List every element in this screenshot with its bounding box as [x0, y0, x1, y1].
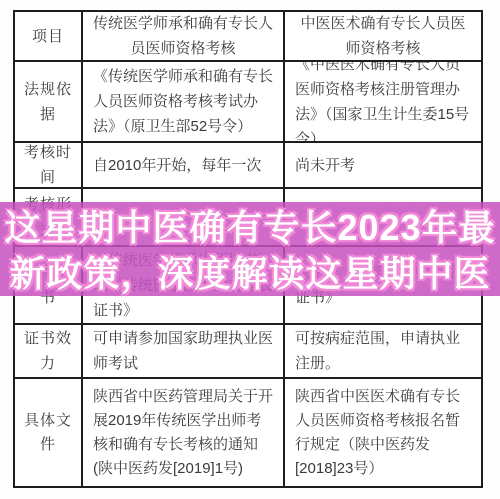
cell-exam-time-traditional: 自2010年开始，每年一次 — [83, 143, 285, 189]
cell-legal-basis-tcm: 《中医医术确有专长人员医师资格考核注册管理办法》（国家卫生计生委15号令） — [285, 62, 481, 143]
cell-text: 尚未开考 — [295, 153, 355, 178]
cell-text: 可申请参加国家助理执业医师考试 — [93, 326, 273, 376]
cell-text: 陕西省中医药管理局关于开展2019年传统医学出师考核和确有专长考核的通知(陕中医… — [93, 385, 273, 481]
cell-text: 中医医术确有专长人员医师资格考核 — [295, 12, 471, 61]
page: 项目 传统医学师承和确有专长人员医师资格考核 中医医术确有专长人员医师资格考核 … — [0, 0, 500, 499]
row-label-project: 项目 — [15, 12, 83, 62]
cell-text: 可按病症范围，申请执业注册。 — [295, 326, 471, 376]
row-label-text: 项目 — [32, 24, 64, 49]
cell-text: 《中医医术确有专长人员医师资格考核注册管理办法》（国家卫生计生委15号令） — [295, 62, 471, 143]
cell-project-tcm: 中医医术确有专长人员医师资格考核 — [285, 12, 481, 62]
row-label-exam-time: 考核时间 — [15, 143, 83, 189]
banner-title-line-1: 这星期中医确有专长2023年最 — [0, 205, 500, 251]
row-label-text: 法规依据 — [21, 77, 75, 127]
row-label-text: 证书效力 — [21, 326, 75, 376]
cell-project-traditional: 传统医学师承和确有专长人员医师资格考核 — [83, 12, 285, 62]
row-label-legal-basis: 法规依据 — [15, 62, 83, 143]
cell-text: 传统医学师承和确有专长人员医师资格考核 — [93, 12, 273, 61]
cell-documents-traditional: 陕西省中医药管理局关于开展2019年传统医学出师考核和确有专长考核的通知(陕中医… — [83, 379, 285, 486]
row-label-text: 具体文件 — [21, 409, 75, 457]
cell-cert-validity-traditional: 可申请参加国家助理执业医师考试 — [83, 325, 285, 379]
cell-legal-basis-traditional: 《传统医学师承和确有专长人员医师资格考核考试办法》（原卫生部52号令） — [83, 62, 285, 143]
row-label-cert-validity: 证书效力 — [15, 325, 83, 379]
cell-text: 自2010年开始，每年一次 — [93, 153, 261, 178]
cell-exam-time-tcm: 尚未开考 — [285, 143, 481, 189]
cell-text: 《传统医学师承和确有专长人员医师资格考核考试办法》（原卫生部52号令） — [93, 64, 273, 139]
cell-cert-validity-tcm: 可按病症范围，申请执业注册。 — [285, 325, 481, 379]
row-label-documents: 具体文件 — [15, 379, 83, 486]
cell-documents-tcm: 陕西省中医医术确有专长人员医师资格考核报名暂行规定（陕中医药发[2018]23号… — [285, 379, 481, 486]
cell-text: 陕西省中医医术确有专长人员医师资格考核报名暂行规定（陕中医药发[2018]23号… — [295, 385, 471, 481]
title-banner-text: 这星期中医确有专长2023年最 新政策，深度解读这星期中医 — [0, 205, 500, 297]
banner-title-line-2: 新政策，深度解读这星期中医 — [0, 251, 500, 297]
row-label-text: 考核时间 — [21, 143, 75, 189]
